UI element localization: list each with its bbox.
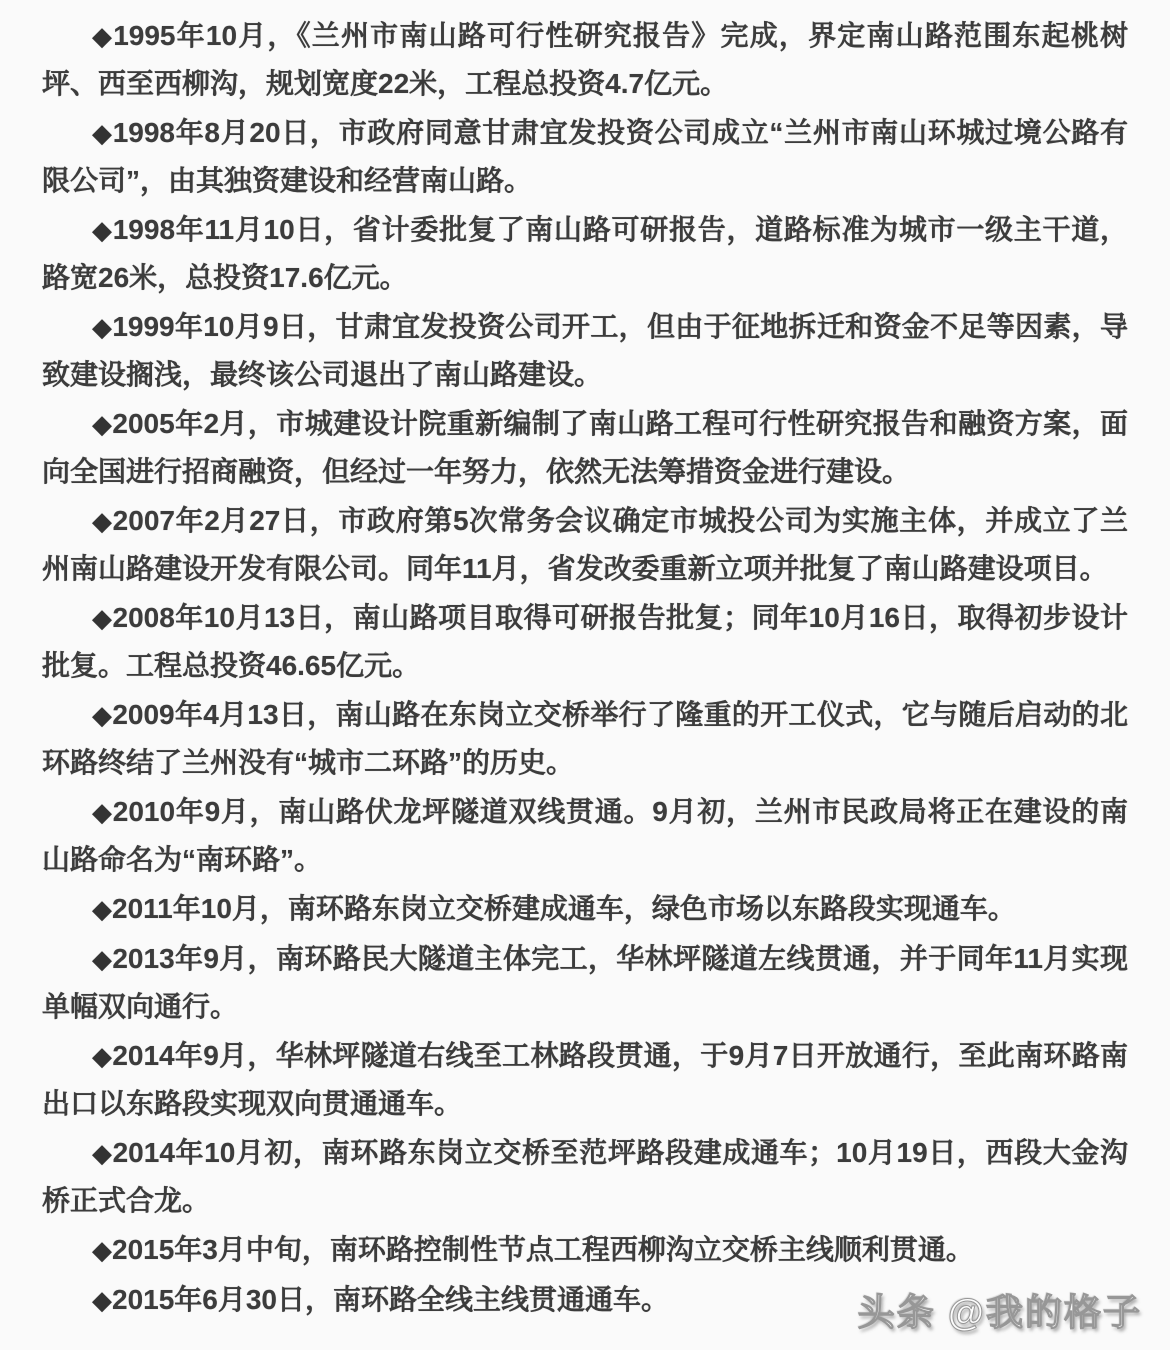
diamond-bullet-icon: ◆ [92,21,113,51]
timeline-entry: ◆2009年4月13日，南山路在东岗立交桥举行了隆重的开工仪式，它与随后启动的北… [42,691,1128,786]
timeline-entry: ◆2014年9月，华林坪隧道右线至工林路段贯通，于9月7日开放通行，至此南环路南… [42,1032,1128,1127]
timeline-entry-text: 1998年8月20日，市政府同意甘肃宜发投资公司成立“兰州市南山环城过境公路有限… [42,117,1128,196]
timeline-entry-text: 2010年9月，南山路伏龙坪隧道双线贯通。9月初，兰州市民政局将正在建设的南山路… [42,796,1128,875]
diamond-bullet-icon: ◆ [92,215,113,245]
timeline-entry-text: 2008年10月13日，南山路项目取得可研报告批复；同年10月16日，取得初步设… [42,602,1128,681]
timeline-entry: ◆2015年3月中旬，南环路控制性节点工程西柳沟立交桥主线顺利贯通。 [42,1226,1128,1274]
timeline-entry: ◆1999年10月9日，甘肃宜发投资公司开工，但由于征地拆迁和资金不足等因素，导… [42,303,1128,398]
timeline-entry-text: 1998年11月10日，省计委批复了南山路可研报告，道路标准为城市一级主干道，路… [42,214,1128,293]
timeline-entry: ◆2008年10月13日，南山路项目取得可研报告批复；同年10月16日，取得初步… [42,594,1128,689]
timeline-entry-text: 2007年2月27日，市政府第5次常务会议确定市城投公司为实施主体，并成立了兰州… [42,505,1128,584]
diamond-bullet-icon: ◆ [92,797,113,827]
diamond-bullet-icon: ◆ [92,603,113,633]
timeline-entry: ◆1998年11月10日，省计委批复了南山路可研报告，道路标准为城市一级主干道，… [42,206,1128,301]
timeline-entry: ◆2010年9月，南山路伏龙坪隧道双线贯通。9月初，兰州市民政局将正在建设的南山… [42,788,1128,883]
timeline-entry: ◆2011年10月，南环路东岗立交桥建成通车，绿色市场以东路段实现通车。 [42,885,1128,933]
diamond-bullet-icon: ◆ [92,506,113,536]
timeline-entry-text: 1999年10月9日，甘肃宜发投资公司开工，但由于征地拆迁和资金不足等因素，导致… [42,311,1128,390]
timeline-entry-text: 2014年9月，华林坪隧道右线至工林路段贯通，于9月7日开放通行，至此南环路南出… [42,1040,1128,1119]
timeline-entry: ◆2005年2月，市城建设计院重新编制了南山路工程可行性研究报告和融资方案，面向… [42,400,1128,495]
timeline-entry-text: 2005年2月，市城建设计院重新编制了南山路工程可行性研究报告和融资方案，面向全… [42,408,1128,487]
timeline-entry: ◆2014年10月初，南环路东岗立交桥至范坪路段建成通车；10月19日，西段大金… [42,1129,1128,1224]
watermark-text: 头条 @我的格子 [858,1292,1142,1333]
timeline-entries: ◆1995年10月，《兰州市南山路可行性研究报告》完成，界定南山路范围东起桃树坪… [42,12,1128,1324]
timeline-entry-text: 2015年3月中旬，南环路控制性节点工程西柳沟立交桥主线顺利贯通。 [112,1234,974,1265]
diamond-bullet-icon: ◆ [92,1285,112,1315]
diamond-bullet-icon: ◆ [92,700,112,730]
timeline-entry: ◆1995年10月，《兰州市南山路可行性研究报告》完成，界定南山路范围东起桃树坪… [42,12,1128,107]
diamond-bullet-icon: ◆ [92,894,112,924]
timeline-entry: ◆2007年2月27日，市政府第5次常务会议确定市城投公司为实施主体，并成立了兰… [42,497,1128,592]
timeline-entry-text: 2009年4月13日，南山路在东岗立交桥举行了隆重的开工仪式，它与随后启动的北环… [42,699,1128,778]
timeline-document: ◆1995年10月，《兰州市南山路可行性研究报告》完成，界定南山路范围东起桃树坪… [0,0,1170,1350]
diamond-bullet-icon: ◆ [92,118,113,148]
diamond-bullet-icon: ◆ [92,944,112,974]
timeline-entry: ◆2013年9月，南环路民大隧道主体完工，华林坪隧道左线贯通，并于同年11月实现… [42,935,1128,1030]
timeline-entry-text: 2015年6月30日，南环路全线主线贯通通车。 [112,1284,669,1315]
diamond-bullet-icon: ◆ [92,409,112,439]
diamond-bullet-icon: ◆ [92,1235,112,1265]
diamond-bullet-icon: ◆ [92,312,112,342]
diamond-bullet-icon: ◆ [92,1138,113,1168]
diamond-bullet-icon: ◆ [92,1041,112,1071]
watermark: 头条 @我的格子 [858,1282,1142,1336]
timeline-entry-text: 2014年10月初，南环路东岗立交桥至范坪路段建成通车；10月19日，西段大金沟… [42,1137,1128,1216]
timeline-entry-text: 2013年9月，南环路民大隧道主体完工，华林坪隧道左线贯通，并于同年11月实现单… [42,943,1128,1022]
timeline-entry: ◆1998年8月20日，市政府同意甘肃宜发投资公司成立“兰州市南山环城过境公路有… [42,109,1128,204]
timeline-entry-text: 1995年10月，《兰州市南山路可行性研究报告》完成，界定南山路范围东起桃树坪、… [42,20,1128,99]
timeline-entry-text: 2011年10月，南环路东岗立交桥建成通车，绿色市场以东路段实现通车。 [112,893,1016,924]
